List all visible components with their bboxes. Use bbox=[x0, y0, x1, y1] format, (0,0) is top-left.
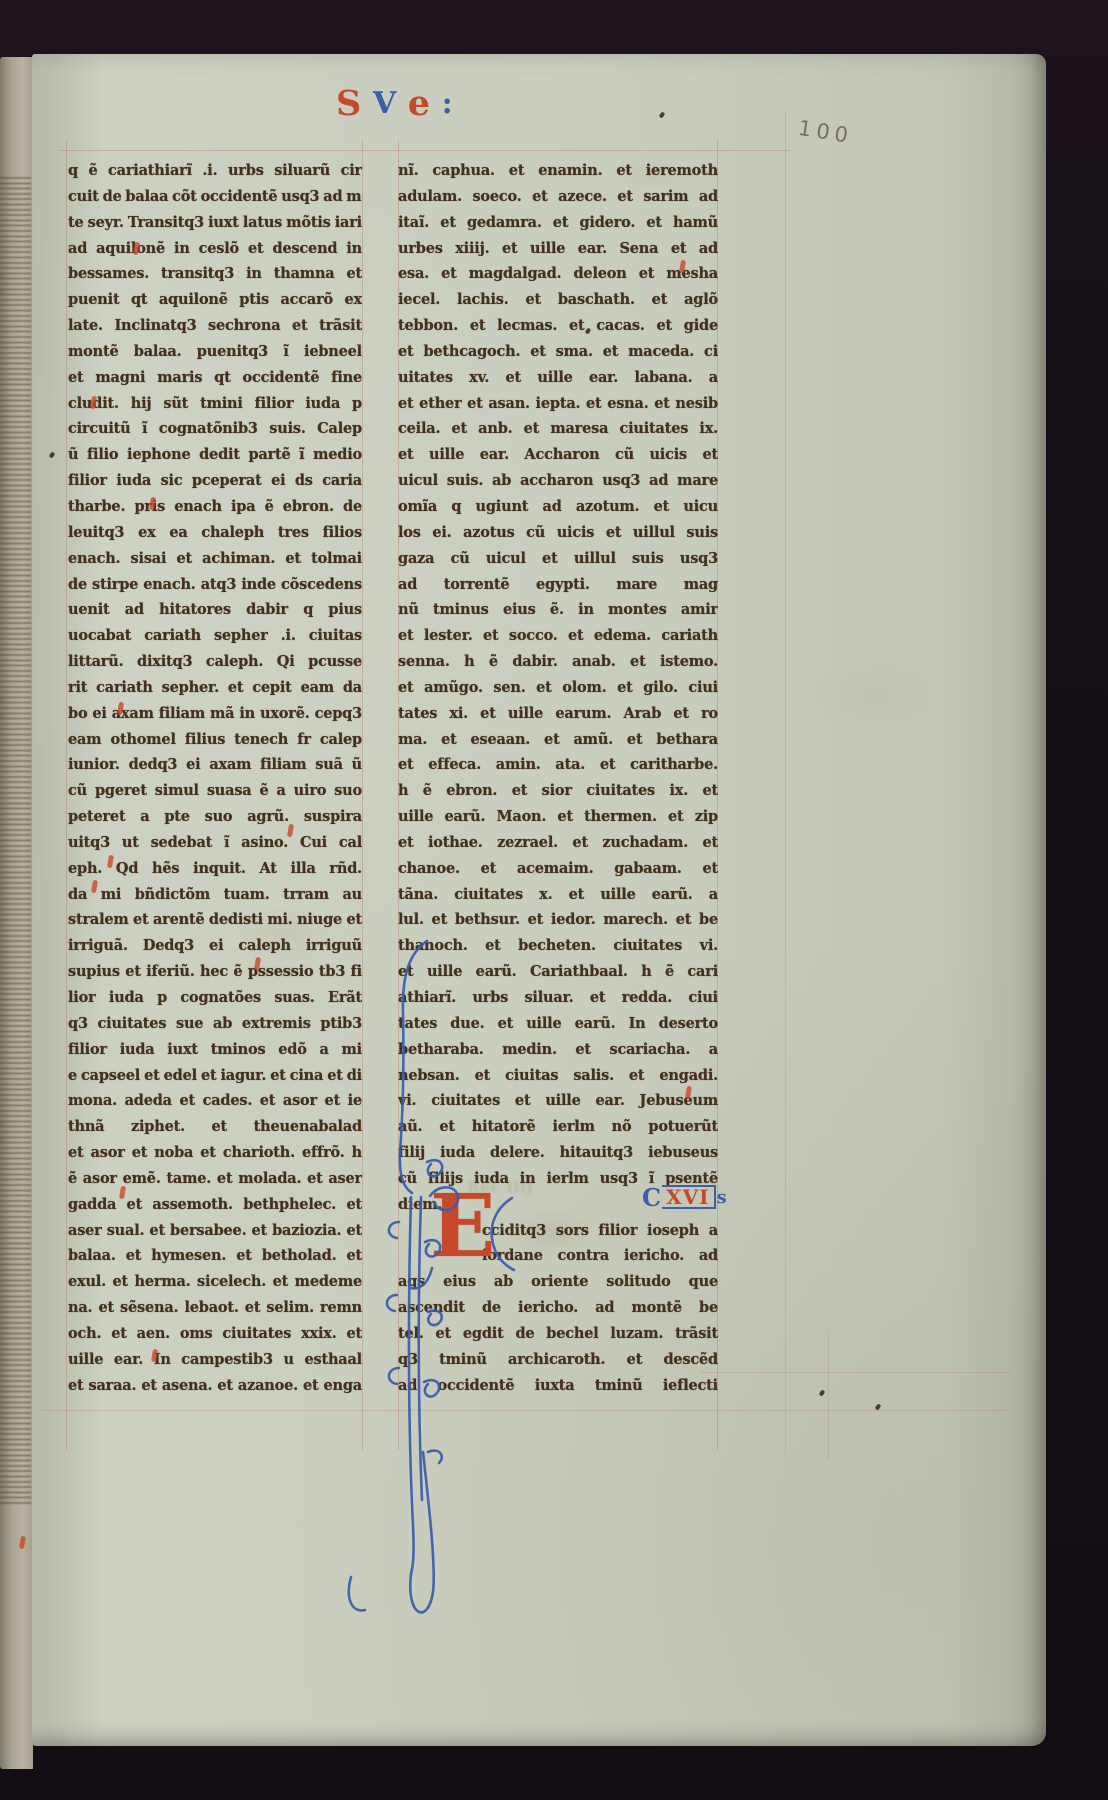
ruling-line bbox=[60, 150, 790, 151]
facing-page-edge bbox=[0, 57, 33, 1769]
text-line: q3 ciuitates sue ab extremis ptib3 bbox=[68, 1011, 362, 1037]
paraph-icon: C bbox=[642, 1183, 661, 1212]
text-line: de stirpe enach. atq3 inde cõscedens bbox=[68, 572, 362, 598]
text-line: bessames. transitq3 in thamna et bbox=[68, 261, 362, 287]
text-line: et iothae. zezrael. et zuchadam. et bbox=[398, 830, 718, 856]
ruling-line bbox=[42, 1410, 1007, 1411]
text-line: late. Inclinatq3 sechrona et trãsit bbox=[68, 313, 362, 339]
text-line: q ẽ cariathiarĩ .i. urbs siluarũ cir bbox=[68, 158, 362, 184]
text-line: och. et aen. oms ciuitates xxix. et bbox=[68, 1321, 362, 1347]
text-line: enach. sisai et achiman. et tolmai bbox=[68, 546, 362, 572]
text-line: lior iuda p cognatões suas. Erãt bbox=[68, 985, 362, 1011]
text-line: tel. et egdit de bechel luzam. trãsit bbox=[398, 1321, 718, 1347]
ruling-line bbox=[828, 1330, 829, 1460]
text-line: iecel. lachis. et baschath. et aglõ bbox=[398, 287, 718, 313]
running-title-letter: e bbox=[408, 83, 433, 124]
text-line: q3 tminũ archicaroth. et descẽd bbox=[398, 1347, 718, 1373]
running-title: S V e : bbox=[336, 84, 456, 128]
text-line: littarũ. dixitq3 caleph. Qi pcusse bbox=[68, 649, 362, 675]
text-line: et lester. et socco. et edema. cariath bbox=[398, 623, 718, 649]
chapter-initial-letter: E bbox=[430, 1192, 504, 1266]
text-line: thnã ziphet. et theuenabalad bbox=[68, 1114, 362, 1140]
ruling-line bbox=[362, 140, 363, 1450]
text-line: da mi bñdictõm tuam. trram au bbox=[68, 882, 362, 908]
text-line: senna. h ẽ dabir. anab. et istemo. bbox=[398, 649, 718, 675]
text-line: rit cariath sepher. et cepit eam da bbox=[68, 675, 362, 701]
text-line: omĩa q ugiunt ad azotum. et uicu bbox=[398, 494, 718, 520]
text-line: los ei. azotus cũ uicis et uillul suis bbox=[398, 520, 718, 546]
text-line: et saraa. et asena. et azanoe. et enga bbox=[68, 1373, 362, 1399]
text-line: ad aquilonẽ in ceslõ et descend in bbox=[68, 236, 362, 262]
text-line: gadda et assemoth. bethphelec. et bbox=[68, 1192, 362, 1218]
text-line: te seyr. Transitq3 iuxt latus mõtis iari bbox=[68, 210, 362, 236]
text-line: leuitq3 ex ea chaleph tres filios bbox=[68, 520, 362, 546]
text-line: vi. ciuitates et uille ear. Jebuseum bbox=[398, 1088, 718, 1114]
text-line: esa. et magdalgad. deleon et mesha bbox=[398, 261, 718, 287]
text-line: uitq3 ut sedebat ĩ asino. Cui cal bbox=[68, 830, 362, 856]
text-line: itaĩ. et gedamra. et gidero. et hamũ bbox=[398, 210, 718, 236]
text-line: tates xi. et uille earum. Arab et ro bbox=[398, 701, 718, 727]
text-line: cludit. hij sũt tmini filior iuda p bbox=[68, 391, 362, 417]
text-line: urbes xiiij. et uille ear. Sena et ad bbox=[398, 236, 718, 262]
ruling-line bbox=[785, 110, 786, 1455]
text-line: et bethcagoch. et sma. et maceda. ci bbox=[398, 339, 718, 365]
text-line: nĩ. caphua. et enamin. et ieremoth bbox=[398, 158, 718, 184]
text-line: et magni maris qt occidentẽ fine bbox=[68, 365, 362, 391]
text-line: ma. et eseaan. et amũ. et bethara bbox=[398, 727, 718, 753]
chapter-marker-flourish-icon: s bbox=[717, 1187, 727, 1208]
text-line: thanoch. et becheten. ciuitates vi. bbox=[398, 933, 718, 959]
text-line: et amũgo. sen. et olom. et gilo. ciui bbox=[398, 675, 718, 701]
text-line: adulam. soeco. et azece. et sarim ad bbox=[398, 184, 718, 210]
text-line: iunior. dedq3 ei axam filiam suã ũ bbox=[68, 752, 362, 778]
text-line: filior iuda sic pceperat ei ds caria bbox=[68, 468, 362, 494]
text-line: ceila. et anb. et maresa ciuitates ix. bbox=[398, 416, 718, 442]
text-line: filij iuda delere. hitauitq3 iebuseus bbox=[398, 1140, 718, 1166]
text-line: tãna. ciuitates x. et uille earũ. a bbox=[398, 882, 718, 908]
text-line: betharaba. medin. et scariacha. a bbox=[398, 1037, 718, 1063]
text-line: stralem et arentẽ dedisti mi. niuge et bbox=[68, 907, 362, 933]
text-line: nũ tminus eius ẽ. in montes amir bbox=[398, 597, 718, 623]
text-line: nebsan. et ciuitas salis. et engadi. bbox=[398, 1063, 718, 1089]
text-line: balaa. et hymesen. et betholad. et bbox=[68, 1243, 362, 1269]
text-line: gaza cũ uicul et uillul suis usq3 bbox=[398, 546, 718, 572]
text-line: ẽ asor emẽ. tame. et molada. et aser bbox=[68, 1166, 362, 1192]
text-line: ascendit de iericho. ad montẽ be bbox=[398, 1295, 718, 1321]
running-title-letter: : bbox=[442, 86, 456, 121]
text-line: athiarĩ. urbs siluar. et redda. ciui bbox=[398, 985, 718, 1011]
text-line: tebbon. et lecmas. et cacas. et gide bbox=[398, 313, 718, 339]
text-line: ad occidentẽ iuxta tminũ ieflecti bbox=[398, 1373, 718, 1399]
text-line: ũ filio iephone dedit partẽ ĩ medio bbox=[68, 442, 362, 468]
text-line: uocabat cariath sepher .i. ciuitas bbox=[68, 623, 362, 649]
text-line: na. et sẽsena. lebaot. et selim. remn bbox=[68, 1295, 362, 1321]
text-line: aũ. et hitatorẽ ierlm nõ potuerũt bbox=[398, 1114, 718, 1140]
text-line: supius et iferiũ. hec ẽ pssessio tb3 fi bbox=[68, 959, 362, 985]
text-line: bo ei axam filiam mã in uxorẽ. cepq3 bbox=[68, 701, 362, 727]
text-line: mona. adeda et cades. et asor et ie bbox=[68, 1088, 362, 1114]
text-line: cuit de balaa cõt occidentẽ usq3 ad mõ bbox=[68, 184, 362, 210]
text-line: circuitũ ĩ cognatõnib3 suis. Calep bbox=[68, 416, 362, 442]
text-line: et uille earũ. Cariathbaal. h ẽ cari bbox=[398, 959, 718, 985]
text-line: uenit ad hitatores dabir q pius bbox=[68, 597, 362, 623]
text-line: montẽ balaa. puenitq3 ĩ iebneel bbox=[68, 339, 362, 365]
text-line: uille ear. In campestib3 u esthaal bbox=[68, 1347, 362, 1373]
text-line: tharbe. pris enach ipa ẽ ebron. de bbox=[68, 494, 362, 520]
photo-background: hec iiij q ẽ cariathiarĩ .i. urbs siluar… bbox=[0, 0, 1108, 1800]
text-line: et asor et noba et charioth. effrõ. h bbox=[68, 1140, 362, 1166]
text-line: et uille ear. Accharon cũ uicis et bbox=[398, 442, 718, 468]
running-title-letter: V bbox=[373, 86, 399, 121]
ruling-line bbox=[66, 140, 67, 1450]
text-line: cũ pgeret simul suasa ẽ a uiro suo bbox=[68, 778, 362, 804]
text-line: peteret a pte suo agrũ. suspira bbox=[68, 804, 362, 830]
chapter-marker: C XVI s bbox=[642, 1184, 727, 1210]
text-line: chanoe. et acemaim. gabaam. et bbox=[398, 856, 718, 882]
text-line: ad torrentẽ egypti. mare mag bbox=[398, 572, 718, 598]
text-line: et ether et asan. iepta. et esna. et nes… bbox=[398, 391, 718, 417]
text-line: eam othomel filius tenech fr calep bbox=[68, 727, 362, 753]
facing-page-text-ghost bbox=[0, 177, 31, 1507]
running-title-letter: S bbox=[336, 83, 364, 124]
ruling-line bbox=[700, 1372, 1010, 1373]
text-line: et effeca. amin. ata. et caritharbe. bbox=[398, 752, 718, 778]
text-column-left: q ẽ cariathiarĩ .i. urbs siluarũ circuit… bbox=[68, 158, 362, 1399]
text-line: uitates xv. et uille ear. labana. a bbox=[398, 365, 718, 391]
text-line: uicul suis. ab accharon usq3 ad mare bbox=[398, 468, 718, 494]
text-line: uille earũ. Maon. et thermen. et zip bbox=[398, 804, 718, 830]
text-line: e capseel et edel et iagur. et cina et d… bbox=[68, 1063, 362, 1089]
text-line: aser sual. et bersabee. et baziozia. et bbox=[68, 1218, 362, 1244]
text-line: exul. et herma. sicelech. et medeme bbox=[68, 1269, 362, 1295]
text-line: irriguã. Dedq3 ei caleph irriguũ bbox=[68, 933, 362, 959]
text-line: puenit qt aquilonẽ ptis accarõ ex bbox=[68, 287, 362, 313]
text-line: lul. et bethsur. et iedor. marech. et be bbox=[398, 907, 718, 933]
chapter-number: XVI bbox=[662, 1185, 715, 1209]
text-line: filior iuda iuxt tminos edõ a mi bbox=[68, 1037, 362, 1063]
text-line: h ẽ ebron. et sior ciuitates ix. et bbox=[398, 778, 718, 804]
text-line: tates due. et uille earũ. In deserto bbox=[398, 1011, 718, 1037]
